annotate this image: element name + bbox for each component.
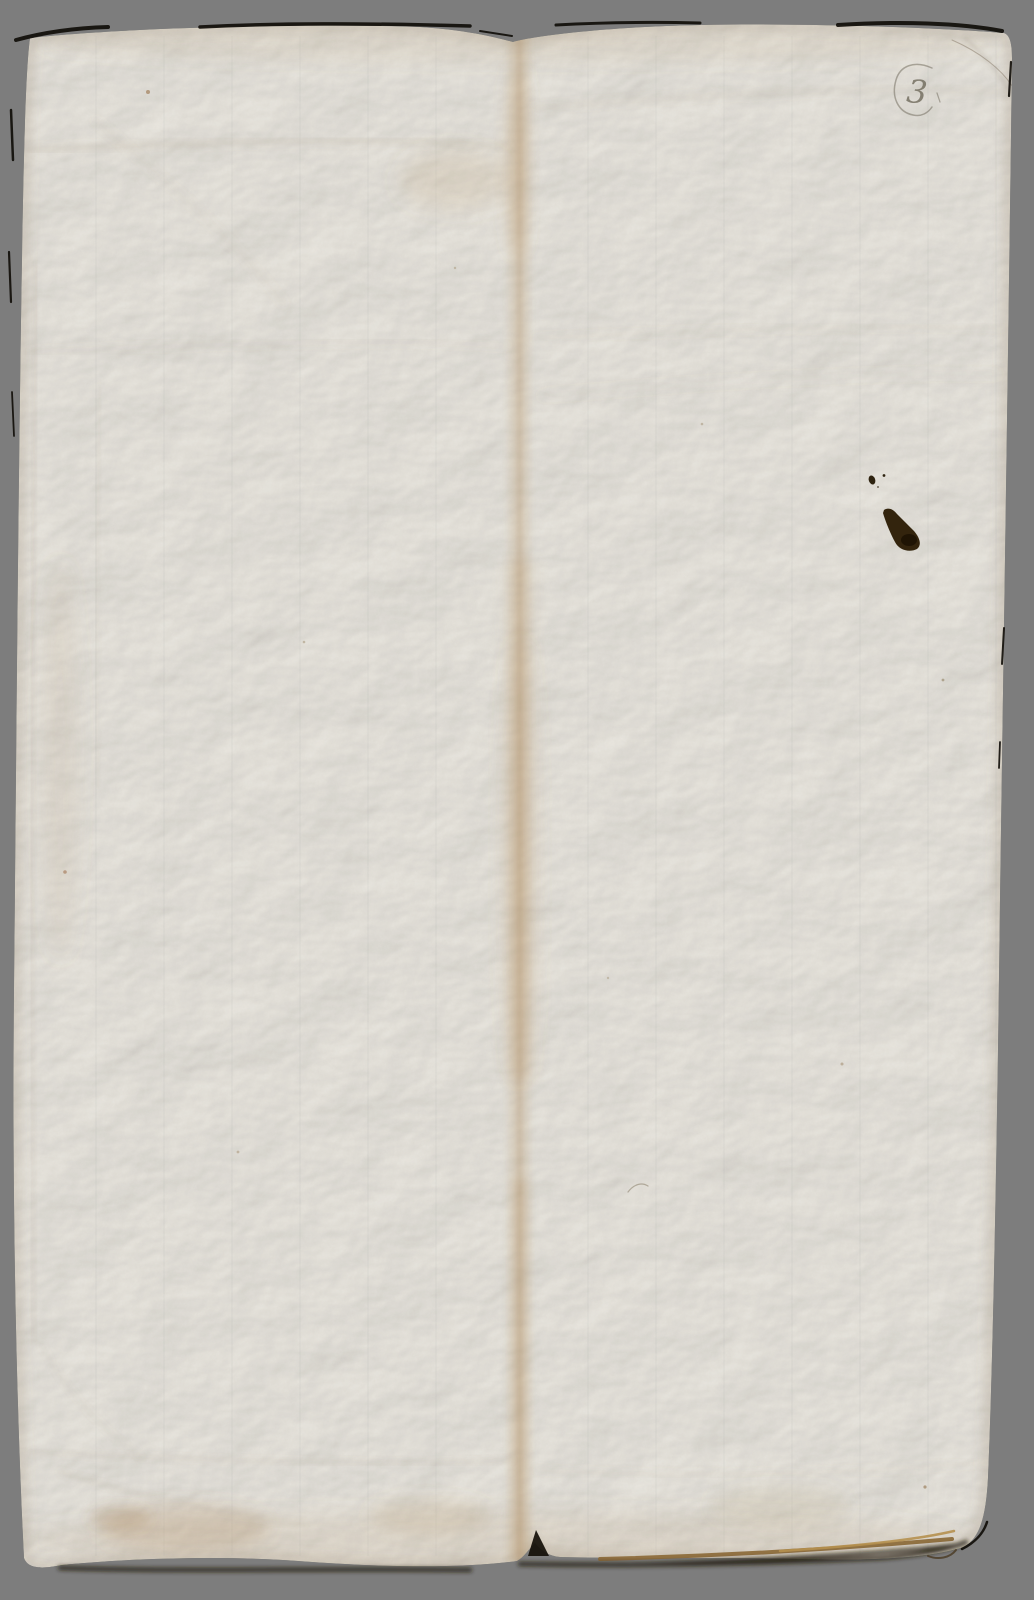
scan-image: 3: [0, 0, 1034, 1600]
speck: [701, 423, 704, 426]
edge-mark: [999, 742, 1000, 768]
speck: [841, 1063, 844, 1066]
page-number-annotation: 3: [905, 72, 929, 112]
stain: [42, 560, 78, 960]
ink-speck: [883, 474, 886, 477]
speck: [146, 90, 150, 94]
speck: [454, 267, 456, 269]
speck: [237, 1151, 240, 1154]
stain: [400, 150, 510, 210]
document-scan-page: 3: [0, 0, 1034, 1600]
speck: [942, 679, 945, 682]
fold-crease-band: [506, 1180, 534, 1560]
speck: [607, 977, 609, 979]
ink-speck: [877, 486, 879, 488]
paper-surface-detail: 3: [10, 22, 1016, 1574]
bottom-shadow-line: [60, 1568, 470, 1570]
ink-blot-core: [901, 534, 917, 546]
speck: [303, 641, 306, 644]
speck: [63, 870, 67, 874]
speck: [923, 1485, 926, 1488]
fold-crease-band: [498, 560, 542, 1080]
